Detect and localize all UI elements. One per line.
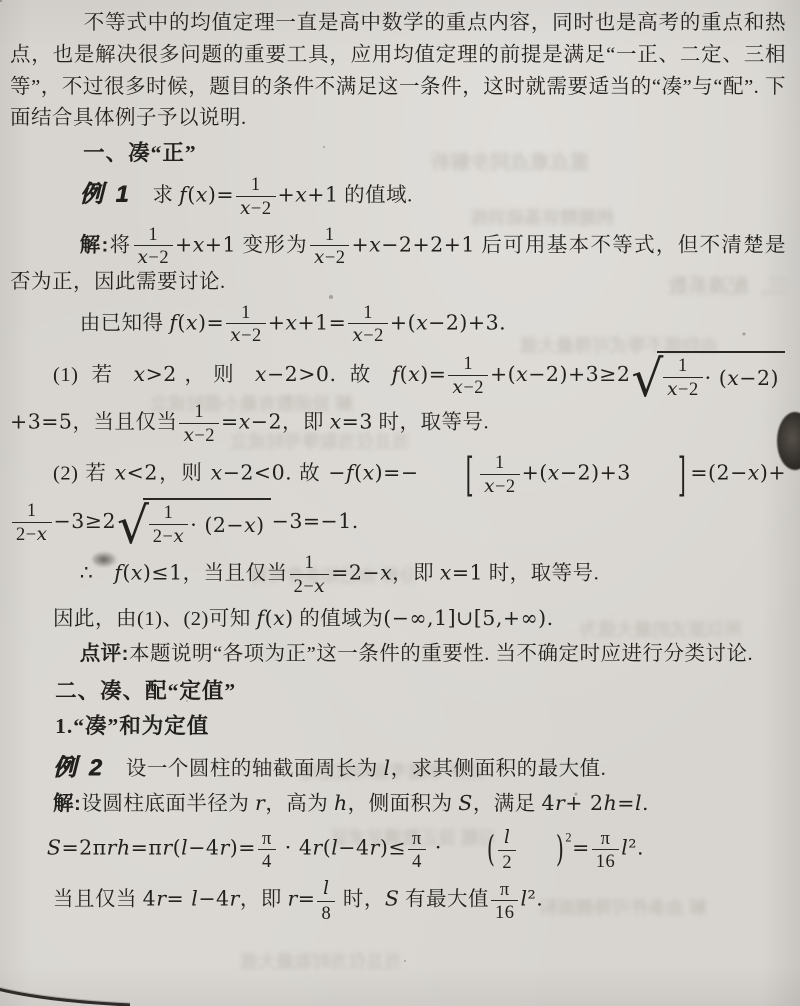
math-run: +(x−2)+3≥2 — [490, 362, 630, 386]
bold-label: 解: — [53, 792, 81, 815]
math-run: +3=5 — [10, 410, 72, 434]
numerator: 1 — [448, 353, 488, 375]
numerator: 1 — [12, 500, 52, 522]
denominator: x−2 — [663, 377, 703, 401]
math-var: r — [312, 835, 322, 859]
content: 不等式中的均值定理一直是高中数学的重点内容，同时也是高考的重点和热点，也是解决很… — [0, 0, 800, 924]
math-run: x=3 — [330, 410, 373, 434]
math-run: f(x)= — [169, 310, 224, 334]
text-run: 设一个圆柱的轴截面周长为 — [105, 758, 384, 780]
denominator: 2 — [498, 850, 516, 873]
math-var: r — [555, 791, 565, 815]
math-run: x−2<0. — [211, 461, 293, 485]
radical-sign-icon: √ — [117, 501, 150, 551]
math-var: x — [416, 310, 428, 334]
numerator: π — [408, 828, 426, 850]
numerator: π — [592, 828, 619, 850]
fraction: 12−x — [149, 502, 189, 547]
math-run: f(x)≤1 — [114, 560, 182, 584]
math-var: l — [520, 887, 527, 911]
fraction: l8 — [317, 878, 335, 923]
math-var: l — [504, 827, 510, 848]
math-var: x — [667, 379, 678, 400]
math-var: r — [156, 887, 166, 911]
intro-paragraph: 不等式中的均值定理一直是高中数学的重点内容，同时也是高考的重点和热点，也是解决很… — [10, 8, 786, 135]
math-var: l — [323, 878, 329, 899]
math-run: l². — [520, 887, 543, 911]
math-run: l². — [621, 835, 644, 859]
sqrt-radical: √1x−2 · (x−2) — [631, 351, 785, 401]
example-marker: 例 1 — [80, 181, 132, 207]
example-1-solution-intro: 解:将1x−2+x+1 变形为1x−2+x−2+2+1 后可用基本不等式，但不清… — [10, 224, 786, 296]
denominator: 16 — [491, 900, 518, 923]
math-var: l — [384, 756, 391, 780]
max-value-line: 当且仅当 4r= l−4r，即 r=l8 时，S 有最大值π16l². — [10, 878, 786, 923]
text-run: 故 — [292, 463, 328, 485]
math-run: +x+1= — [268, 310, 347, 334]
section-2-heading: 二、凑、配“定值” — [10, 675, 786, 708]
math-var: x — [285, 310, 297, 334]
math-var: x — [230, 325, 241, 346]
text-run: ，即 — [392, 562, 440, 584]
text-run: 本题说明“各项为正”这一条件的重要性. 当不确定时应进行分类讨论. — [129, 643, 753, 665]
text-run: ，高为 — [265, 793, 334, 815]
text-run: 求 — [132, 185, 180, 207]
math-run: r — [255, 791, 265, 815]
math-var: r — [370, 835, 380, 859]
math-var: x — [37, 524, 48, 545]
math-run: · (2−x) — [190, 512, 264, 539]
fraction: 12−x — [290, 552, 330, 597]
math-run: S — [385, 887, 400, 911]
math-var: x — [173, 526, 184, 547]
math-var: x — [727, 366, 739, 390]
math-var: x — [363, 461, 375, 485]
math-var: h — [117, 835, 131, 859]
numerator: π — [491, 879, 518, 901]
math-var: x — [452, 377, 463, 398]
math-var: x — [516, 362, 528, 386]
math-var: x — [240, 198, 251, 219]
big-bracket: [ — [423, 445, 475, 505]
math-var: x — [255, 362, 267, 386]
numerator: 1 — [134, 224, 174, 246]
fraction: π4 — [408, 828, 426, 872]
text-run: 变形为 — [236, 234, 308, 256]
math-var: x — [440, 560, 452, 584]
text-run: 的值域为 — [294, 608, 384, 630]
math-var: r — [219, 835, 229, 859]
math-run: f(x)= — [392, 362, 447, 386]
math-var: f — [256, 606, 264, 630]
radicand: 1x−2 · (x−2) — [657, 351, 785, 401]
math-var: x — [295, 183, 307, 207]
math-run: +x−2+2+1 — [351, 232, 474, 256]
math-var: l — [621, 835, 628, 859]
fraction: 1x−2 — [134, 224, 174, 269]
text-run: ，即 — [240, 889, 288, 911]
math-var: x — [131, 560, 143, 584]
big-paren: ( — [450, 826, 495, 873]
denominator: x−2 — [236, 196, 276, 220]
numerator: π — [258, 828, 276, 850]
text-run: ，当且仅当 — [72, 412, 177, 434]
fraction: 1x−2 — [236, 174, 276, 219]
math-var: h — [334, 791, 348, 815]
math-run: 4r= l−4r — [143, 887, 240, 911]
math-run: −3≥2 — [54, 509, 116, 533]
math-run: (−∞,1]∪[5,+∞). — [383, 606, 553, 630]
text-run: 由已知得 — [80, 312, 170, 334]
text-run: ，则 — [177, 364, 255, 386]
math-var: S — [47, 835, 62, 859]
math-var: x — [314, 247, 325, 268]
math-run: · (x−2) — [705, 365, 779, 392]
math-run: f(x)= — [179, 183, 234, 207]
fraction: π16 — [491, 879, 518, 923]
numerator: 1 — [663, 355, 703, 377]
math-var: r — [162, 835, 172, 859]
sqrt-radical: √12−x · (2−x) — [117, 498, 271, 548]
math-run: =2−x — [331, 560, 392, 584]
range-result-line: 因此，由(1)、(2)可知 f(x) 的值域为(−∞,1]∪[5,+∞). — [10, 603, 786, 636]
math-run: =x−2 — [221, 410, 282, 434]
text-run: (2) 若 — [53, 463, 115, 485]
math-var: r — [287, 887, 297, 911]
fraction: 1x−2 — [448, 353, 488, 398]
fraction: l2 — [498, 827, 516, 872]
math-run: +x+1 — [278, 183, 339, 207]
math-run: −f(x)=− — [328, 461, 418, 485]
fraction: 1x−2 — [179, 401, 219, 446]
text-run: 因此，由(1)、(2)可知 — [53, 608, 256, 630]
text-run: 设圆柱底面半径为 — [81, 793, 255, 815]
text-run: 当且仅当 — [53, 889, 143, 911]
math-run: l — [384, 756, 391, 780]
text-run: 一、凑“正” — [83, 141, 197, 165]
text-run: (1) 若 — [53, 364, 134, 386]
denominator: 16 — [592, 849, 619, 872]
math-var: x — [352, 325, 363, 346]
bold-label: 点评: — [80, 642, 129, 665]
math-var: r — [107, 835, 117, 859]
text-run: 故 — [336, 364, 391, 386]
math-var: l — [635, 791, 642, 815]
fraction: π16 — [592, 828, 619, 872]
text-run: 时， — [337, 889, 385, 911]
math-var: x — [239, 410, 251, 434]
denominator: x−2 — [310, 245, 350, 269]
math-run: h — [334, 791, 348, 815]
denominator: 4 — [408, 849, 426, 872]
math-run: x>2 — [134, 362, 177, 386]
fraction: 1x−2 — [663, 355, 703, 400]
numerator: l — [498, 827, 516, 850]
example-marker: 例 2 — [53, 754, 105, 780]
denominator: x−2 — [179, 423, 219, 447]
radical-sign-icon: √ — [631, 354, 664, 404]
math-var: f — [346, 461, 354, 485]
math-var: x — [330, 410, 342, 434]
denominator: x−2 — [226, 323, 266, 347]
bold-label: 解: — [80, 233, 109, 256]
conclusion-line: ∴ f(x)≤1，当且仅当12−x=2−x，即 x=1 时，取等号. — [10, 552, 786, 597]
numerator: 1 — [348, 302, 388, 324]
math-var: r — [230, 887, 240, 911]
math-var: x — [211, 461, 223, 485]
denominator: 8 — [317, 901, 335, 924]
math-run: x<2 — [115, 461, 158, 485]
text-run: ，即 — [282, 412, 330, 434]
denominator: 2−x — [12, 522, 52, 546]
scanned-textbook-page: { "page": { "background": "#d8d5d0", "in… — [0, 0, 800, 1006]
text-run: 将 — [109, 234, 132, 256]
math-var: S — [385, 887, 400, 911]
fraction: 1x−2 — [480, 452, 520, 497]
math-run: · 4r(l−4r)≤ — [278, 835, 406, 859]
numerator: l — [317, 878, 335, 901]
math-var: x — [484, 476, 495, 497]
math-var: x — [314, 576, 325, 597]
example-2-solution-intro: 解:设圆柱底面半径为 r，高为 h，侧面积为 S，满足 4r+ 2h=l. — [10, 788, 786, 821]
numerator: 1 — [236, 174, 276, 196]
math-var: r — [255, 791, 265, 815]
math-run: f(x) — [256, 606, 293, 630]
big-bracket: ] — [635, 445, 687, 505]
math-run: =(2−x)+ — [690, 461, 786, 485]
area-formula-line: S=2πrh=πr(l−4r)=π4 · 4r(l−4r)≤π4 · (l2)2… — [10, 827, 786, 872]
math-run: −3=−1. — [272, 509, 359, 533]
numerator: 1 — [179, 401, 219, 423]
fraction: 1x−2 — [310, 224, 350, 269]
math-run: S — [458, 791, 473, 815]
math-var: x — [138, 247, 149, 268]
math-var: f — [392, 362, 400, 386]
text-run: 不等式中的均值定理一直是高中数学的重点内容，同时也是高考的重点和热点，也是解决很… — [10, 12, 786, 129]
math-run: S=2πrh=πr(l−4r)= — [47, 835, 256, 859]
big-paren: ) — [519, 826, 564, 873]
example-1-statement: 例 1 求 f(x)=1x−2+x+1 的值域. — [10, 174, 786, 219]
ink-smudge-artifact — [92, 551, 118, 568]
math-var: x — [244, 513, 256, 537]
math-var: S — [458, 791, 473, 815]
math-var: x — [748, 461, 760, 485]
example-2-statement: 例 2 设一个圆柱的轴截面周长为 l，求其侧面积的最大值. — [10, 749, 786, 786]
case-2-paragraph: (2) 若 x<2，则 x−2<0. 故 −f(x)=−[1x−2+(x−2)+… — [10, 452, 786, 548]
fraction: 1x−2 — [226, 302, 266, 347]
text-run: 时，取等号. — [373, 412, 489, 434]
radicand: 12−x · (2−x) — [143, 498, 271, 548]
math-var: f — [179, 183, 187, 207]
math-var: x — [380, 560, 392, 584]
derivation-line: 由已知得 f(x)=1x−2+x+1=1x−2+(x−2)+3. — [10, 302, 786, 347]
text-run: ，侧面积为 — [348, 793, 459, 815]
math-run: x−2>0. — [255, 362, 337, 386]
math-var: x — [134, 362, 146, 386]
text-run: ，当且仅当 — [183, 562, 288, 584]
math-var: x — [369, 232, 381, 256]
math-var: x — [273, 606, 285, 630]
math-run: 4r+ 2h=l. — [541, 791, 649, 815]
comment-paragraph: 点评:本题说明“各项为正”这一条件的重要性. 当不确定时应进行分类讨论. — [10, 638, 786, 671]
math-var: l — [331, 835, 338, 859]
math-var: f — [169, 310, 177, 334]
math-var: x — [183, 425, 194, 446]
denominator: 2−x — [149, 524, 189, 548]
numerator: 1 — [290, 552, 330, 574]
math-var: x — [193, 232, 205, 256]
text-run: ，满足 — [473, 793, 542, 815]
math-var: x — [196, 183, 208, 207]
denominator: x−2 — [480, 474, 520, 498]
page-corner-curve-artifact — [0, 986, 130, 1006]
text-run: 有最大值 — [399, 889, 489, 911]
subsection-1-heading: 1.“凑”和为定值 — [10, 710, 786, 743]
math-var: x — [115, 461, 127, 485]
math-run: +(x−2)+3 — [522, 461, 631, 485]
text-run: 1.“凑”和为定值 — [55, 714, 209, 738]
math-var: x — [408, 362, 420, 386]
text-run: ，则 — [158, 463, 211, 485]
math-run: +(x−2)+3. — [390, 310, 506, 334]
numerator: 1 — [226, 302, 266, 324]
denominator: 4 — [258, 849, 276, 872]
numerator: 1 — [480, 452, 520, 474]
denominator: x−2 — [348, 323, 388, 347]
fraction: 12−x — [12, 500, 52, 545]
text-run: ，求其侧面积的最大值. — [391, 758, 607, 780]
math-run: = — [572, 835, 590, 859]
case-1-paragraph: (1) 若 x>2，则 x−2>0. 故 f(x)=1x−2+(x−2)+3≥2… — [10, 351, 786, 447]
math-var: x — [186, 310, 198, 334]
text-run: 的值域. — [339, 185, 413, 207]
bleedthrough-text: 当且仅当时取最大值 — [240, 948, 402, 974]
math-var: x — [548, 461, 560, 485]
math-run: +x+1 — [175, 232, 236, 256]
fraction: 1x−2 — [348, 302, 388, 347]
math-var: l — [191, 887, 198, 911]
fraction: π4 — [258, 828, 276, 872]
math-var: l — [181, 835, 188, 859]
denominator: x−2 — [448, 375, 488, 399]
denominator: 2−x — [290, 574, 330, 598]
math-var: h — [604, 791, 618, 815]
numerator: 1 — [310, 224, 350, 246]
section-1-heading: 一、凑“正” — [10, 137, 786, 170]
math-run: x=1 — [440, 560, 483, 584]
math-run: · — [428, 835, 449, 859]
text-run: 时，取等号. — [483, 562, 599, 584]
math-run: r= — [287, 887, 315, 911]
text-run: 二、凑、配“定值” — [55, 679, 236, 703]
denominator: x−2 — [134, 245, 174, 269]
numerator: 1 — [149, 502, 189, 524]
